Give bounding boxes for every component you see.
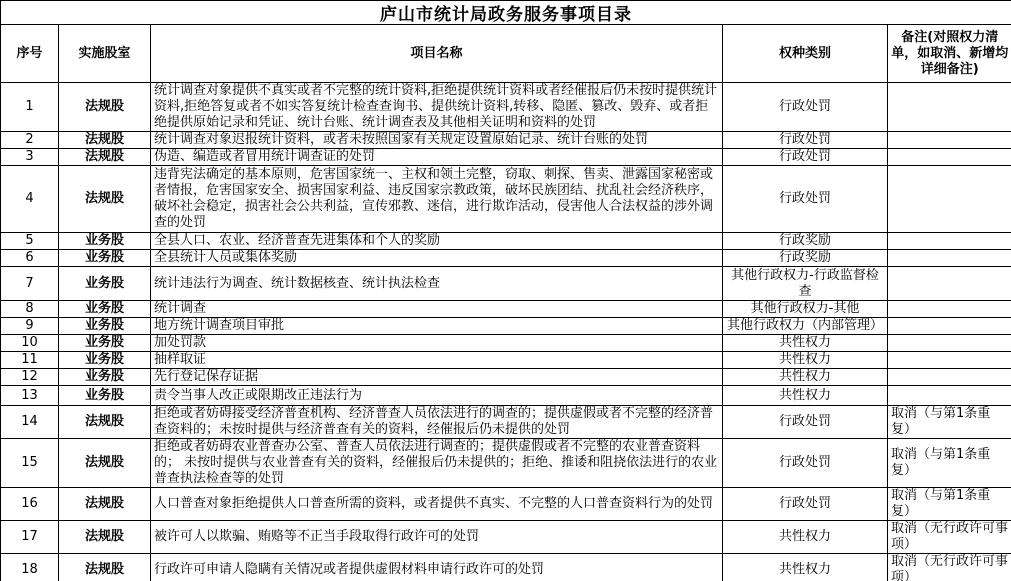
cell-project-name: 责令当事人改正或限期改正违法行为 <box>151 386 723 406</box>
cell-remark <box>888 386 1011 406</box>
cell-authority-type: 其他行政权力（内部管理） <box>723 318 888 335</box>
table-row: 13业务股责令当事人改正或限期改正违法行为共性权力 <box>1 386 1011 406</box>
cell-project-name: 拒绝或者妨碍农业普查办公室、普查人员依法进行调查的；提供虚假或者不完整的农业普查… <box>151 439 723 488</box>
cell-authority-type: 共性权力 <box>723 352 888 369</box>
cell-authority-type: 行政处罚 <box>723 166 888 233</box>
cell-remark <box>888 318 1011 335</box>
cell-remark <box>888 132 1011 149</box>
table-row: 16法规股人口普查对象拒绝提供人口普查所需的资料，或者提供不真实、不完整的人口普… <box>1 488 1011 521</box>
cell-remark <box>888 335 1011 352</box>
cell-project-name: 统计调查对象迟报统计资料，或者未按照国家有关规定设置原始记录、统计台账的处罚 <box>151 132 723 149</box>
cell-serial: 7 <box>1 267 59 301</box>
cell-serial: 16 <box>1 488 59 521</box>
cell-remark <box>888 149 1011 166</box>
table-header-row: 序号 实施股室 项目名称 权种类别 备注(对照权力清单，如取消、新增均详细备注) <box>1 25 1011 83</box>
cell-department: 法规股 <box>59 83 151 132</box>
table-row: 15法规股拒绝或者妨碍农业普查办公室、普查人员依法进行调查的；提供虚假或者不完整… <box>1 439 1011 488</box>
cell-serial: 2 <box>1 132 59 149</box>
table-row: 11业务股抽样取证共性权力 <box>1 352 1011 369</box>
cell-remark <box>888 233 1011 250</box>
table-row: 7业务股统计违法行为调查、统计数据核查、统计执法检查其他行政权力-行政监督检查 <box>1 267 1011 301</box>
cell-project-name: 人口普查对象拒绝提供人口普查所需的资料，或者提供不真实、不完整的人口普查资料行为… <box>151 488 723 521</box>
cell-serial: 13 <box>1 386 59 406</box>
table-row: 4法规股违背宪法确定的基本原则，危害国家统一、主权和领土完整，窃取、刺探、售卖、… <box>1 166 1011 233</box>
table-row: 6业务股全县统计人员或集体奖励行政奖励 <box>1 250 1011 267</box>
cell-department: 法规股 <box>59 166 151 233</box>
cell-department: 业务股 <box>59 335 151 352</box>
cell-project-name: 抽样取证 <box>151 352 723 369</box>
table-row: 5业务股全县人口、农业、经济普查先进集体和个人的奖励行政奖励 <box>1 233 1011 250</box>
cell-serial: 14 <box>1 406 59 439</box>
cell-authority-type: 共性权力 <box>723 554 888 581</box>
cell-project-name: 全县人口、农业、经济普查先进集体和个人的奖励 <box>151 233 723 250</box>
cell-serial: 10 <box>1 335 59 352</box>
cell-project-name: 统计违法行为调查、统计数据核查、统计执法检查 <box>151 267 723 301</box>
cell-remark: 取消（无行政许可事项） <box>888 521 1011 554</box>
cell-remark <box>888 83 1011 132</box>
cell-remark: 取消（无行政许可事项） <box>888 554 1011 581</box>
cell-department: 法规股 <box>59 521 151 554</box>
table-body: 1法规股统计调查对象提供不真实或者不完整的统计资料,拒绝提供统计资料或者经催报后… <box>1 83 1011 581</box>
table-row: 2法规股统计调查对象迟报统计资料，或者未按照国家有关规定设置原始记录、统计台账的… <box>1 132 1011 149</box>
table-row: 8业务股统计调查其他行政权力-其他 <box>1 301 1011 318</box>
cell-project-name: 统计调查对象提供不真实或者不完整的统计资料,拒绝提供统计资料或者经催报后仍未按时… <box>151 83 723 132</box>
cell-serial: 6 <box>1 250 59 267</box>
table-row: 14法规股拒绝或者妨碍接受经济普查机构、经济普查人员依法进行的调查的；提供虚假或… <box>1 406 1011 439</box>
cell-project-name: 地方统计调查项目审批 <box>151 318 723 335</box>
header-authority-type: 权种类别 <box>723 25 888 83</box>
cell-project-name: 先行登记保存证据 <box>151 369 723 386</box>
cell-serial: 4 <box>1 166 59 233</box>
cell-department: 业务股 <box>59 267 151 301</box>
cell-department: 业务股 <box>59 386 151 406</box>
cell-serial: 1 <box>1 83 59 132</box>
cell-serial: 18 <box>1 554 59 581</box>
header-project-name: 项目名称 <box>151 25 723 83</box>
cell-department: 业务股 <box>59 369 151 386</box>
cell-project-name: 拒绝或者妨碍接受经济普查机构、经济普查人员依法进行的调查的；提供虚假或者不完整的… <box>151 406 723 439</box>
cell-remark <box>888 267 1011 301</box>
cell-authority-type: 行政处罚 <box>723 132 888 149</box>
cell-authority-type: 共性权力 <box>723 335 888 352</box>
cell-authority-type: 共性权力 <box>723 369 888 386</box>
cell-remark: 取消（与第1条重复） <box>888 406 1011 439</box>
cell-remark <box>888 166 1011 233</box>
cell-department: 法规股 <box>59 439 151 488</box>
cell-department: 业务股 <box>59 250 151 267</box>
header-remark: 备注(对照权力清单，如取消、新增均详细备注) <box>888 25 1011 83</box>
cell-department: 法规股 <box>59 149 151 166</box>
service-items-table: 序号 实施股室 项目名称 权种类别 备注(对照权力清单，如取消、新增均详细备注)… <box>0 24 1011 581</box>
table-row: 17法规股被许可人以欺骗、贿赂等不正当手段取得行政许可的处罚共性权力取消（无行政… <box>1 521 1011 554</box>
header-serial: 序号 <box>1 25 59 83</box>
cell-authority-type: 行政奖励 <box>723 233 888 250</box>
cell-serial: 15 <box>1 439 59 488</box>
cell-remark <box>888 369 1011 386</box>
cell-authority-type: 行政处罚 <box>723 149 888 166</box>
cell-department: 业务股 <box>59 352 151 369</box>
cell-remark: 取消（与第1条重复） <box>888 439 1011 488</box>
table-row: 10业务股加处罚款共性权力 <box>1 335 1011 352</box>
cell-remark <box>888 250 1011 267</box>
cell-department: 法规股 <box>59 488 151 521</box>
cell-department: 业务股 <box>59 301 151 318</box>
cell-authority-type: 行政处罚 <box>723 83 888 132</box>
page-title: 庐山市统计局政务服务事项目录 <box>0 0 1011 24</box>
cell-remark <box>888 301 1011 318</box>
cell-department: 法规股 <box>59 406 151 439</box>
cell-authority-type: 行政处罚 <box>723 488 888 521</box>
cell-authority-type: 共性权力 <box>723 386 888 406</box>
cell-authority-type: 其他行政权力-其他 <box>723 301 888 318</box>
table-row: 12业务股先行登记保存证据共性权力 <box>1 369 1011 386</box>
table-row: 9业务股地方统计调查项目审批其他行政权力（内部管理） <box>1 318 1011 335</box>
cell-authority-type: 行政处罚 <box>723 439 888 488</box>
table-row: 1法规股统计调查对象提供不真实或者不完整的统计资料,拒绝提供统计资料或者经催报后… <box>1 83 1011 132</box>
cell-department: 法规股 <box>59 554 151 581</box>
cell-department: 业务股 <box>59 318 151 335</box>
cell-serial: 8 <box>1 301 59 318</box>
cell-authority-type: 行政处罚 <box>723 406 888 439</box>
cell-project-name: 加处罚款 <box>151 335 723 352</box>
cell-department: 法规股 <box>59 132 151 149</box>
cell-remark <box>888 352 1011 369</box>
cell-project-name: 违背宪法确定的基本原则，危害国家统一、主权和领土完整，窃取、刺探、售卖、泄露国家… <box>151 166 723 233</box>
cell-remark: 取消（与第1条重复） <box>888 488 1011 521</box>
cell-serial: 17 <box>1 521 59 554</box>
cell-serial: 5 <box>1 233 59 250</box>
header-department: 实施股室 <box>59 25 151 83</box>
cell-project-name: 统计调查 <box>151 301 723 318</box>
cell-department: 业务股 <box>59 233 151 250</box>
cell-project-name: 全县统计人员或集体奖励 <box>151 250 723 267</box>
cell-project-name: 伪造、编造或者冒用统计调查证的处罚 <box>151 149 723 166</box>
cell-serial: 12 <box>1 369 59 386</box>
cell-authority-type: 其他行政权力-行政监督检查 <box>723 267 888 301</box>
cell-serial: 9 <box>1 318 59 335</box>
cell-serial: 11 <box>1 352 59 369</box>
cell-authority-type: 共性权力 <box>723 521 888 554</box>
cell-project-name: 被许可人以欺骗、贿赂等不正当手段取得行政许可的处罚 <box>151 521 723 554</box>
table-row: 18法规股行政许可申请人隐瞒有关情况或者提供虚假材料申请行政许可的处罚共性权力取… <box>1 554 1011 581</box>
table-row: 3法规股伪造、编造或者冒用统计调查证的处罚行政处罚 <box>1 149 1011 166</box>
cell-authority-type: 行政奖励 <box>723 250 888 267</box>
cell-project-name: 行政许可申请人隐瞒有关情况或者提供虚假材料申请行政许可的处罚 <box>151 554 723 581</box>
cell-serial: 3 <box>1 149 59 166</box>
